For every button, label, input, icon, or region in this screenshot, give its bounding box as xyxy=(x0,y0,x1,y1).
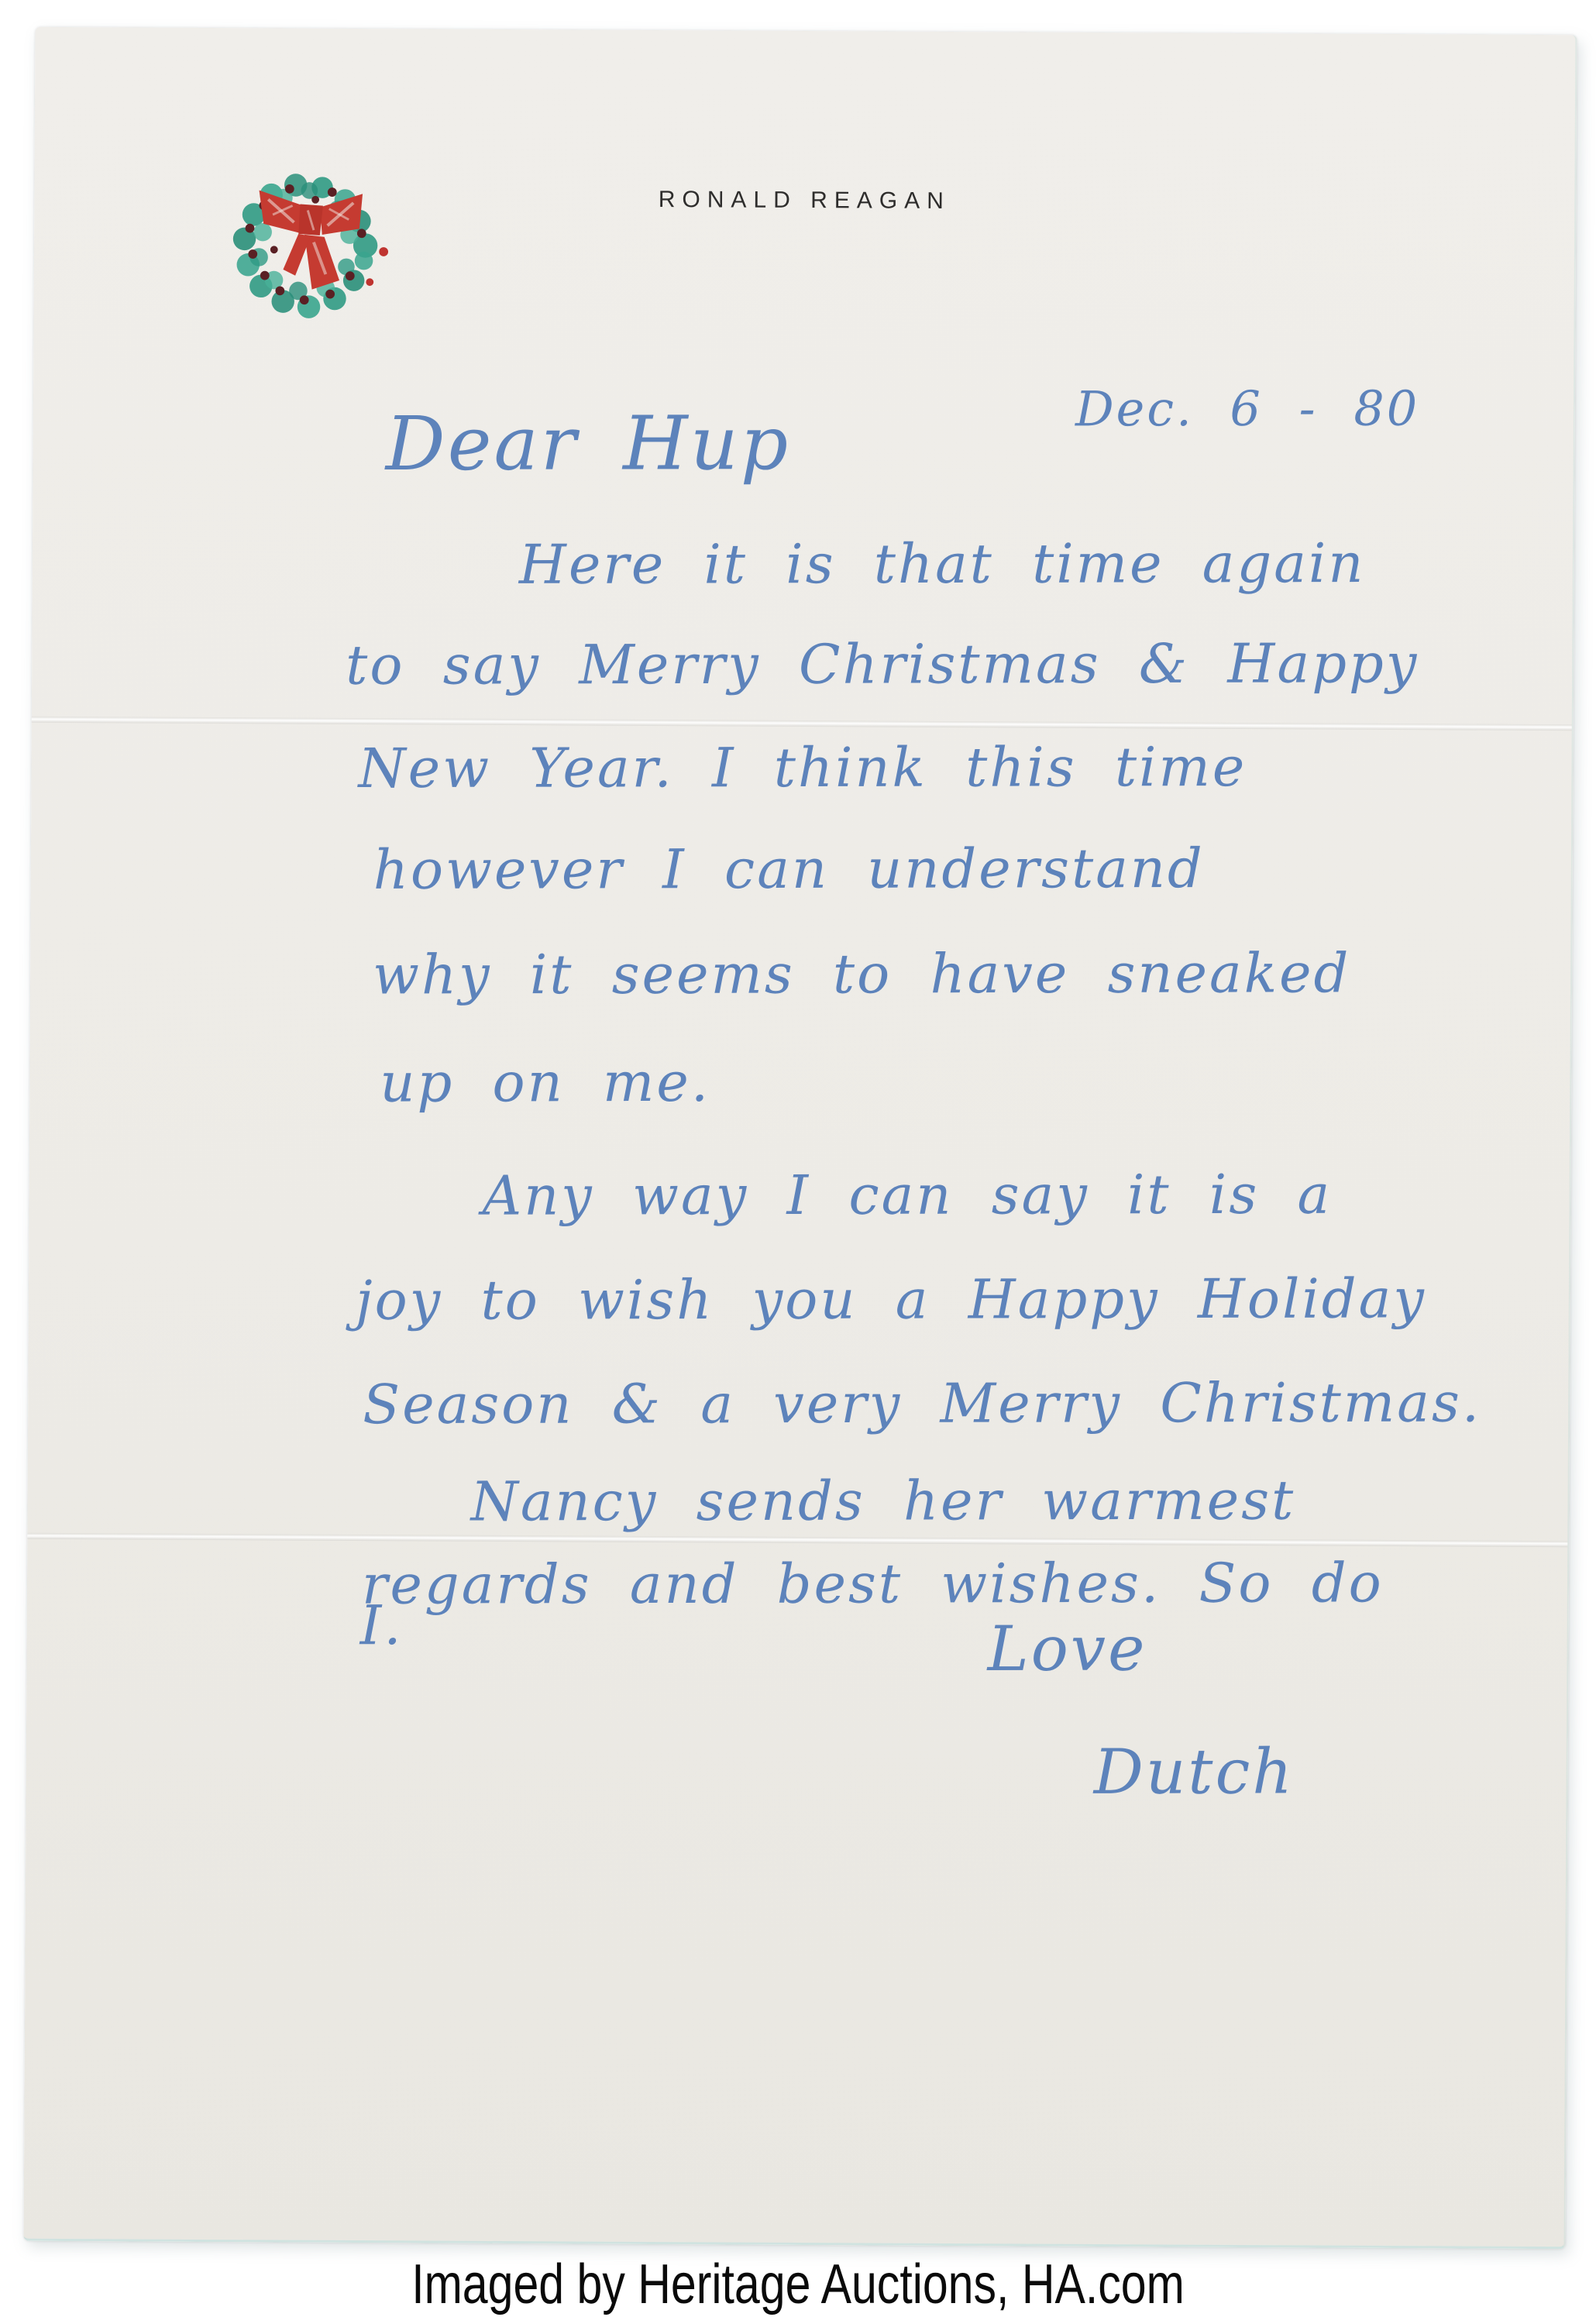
handwritten-line: why it seems to have sneaked xyxy=(373,941,1350,1006)
letter-salutation: Dear Hup xyxy=(386,400,791,487)
handwritten-line: New Year. I think this time xyxy=(358,735,1247,800)
handwritten-line: Any way I can say it is a xyxy=(483,1163,1333,1228)
handwritten-line: to say Merry Christmas & Happy xyxy=(346,631,1419,696)
letter-paper: RONALD REAGAN Dec. 6 - 80 Dear Hup Here … xyxy=(24,27,1577,2249)
fold-crease xyxy=(27,1533,1567,1547)
handwritten-line: however I can understand xyxy=(373,837,1205,902)
handwritten-line: up on me. xyxy=(380,1050,710,1115)
handwritten-line: Nancy sends her warmest xyxy=(470,1469,1295,1534)
letter-closing: Love xyxy=(987,1613,1147,1685)
fold-crease xyxy=(32,717,1572,731)
scanned-letter-photo: RONALD REAGAN Dec. 6 - 80 Dear Hup Here … xyxy=(0,0,1596,2324)
signature: Dutch xyxy=(1094,1735,1295,1807)
handwritten-line: Here it is that time again xyxy=(519,531,1366,596)
handwritten-line: Season & a very Merry Christmas. xyxy=(363,1371,1481,1437)
handwritten-line: I. xyxy=(360,1593,404,1657)
handwritten-line: regards and best wishes. So do xyxy=(362,1551,1384,1616)
letter-date: Dec. 6 - 80 xyxy=(1075,380,1419,438)
watermark-credit: Imaged by Heritage Auctions, HA.com xyxy=(143,2253,1452,2316)
handwritten-line: joy to wish you a Happy Holiday xyxy=(356,1267,1426,1332)
